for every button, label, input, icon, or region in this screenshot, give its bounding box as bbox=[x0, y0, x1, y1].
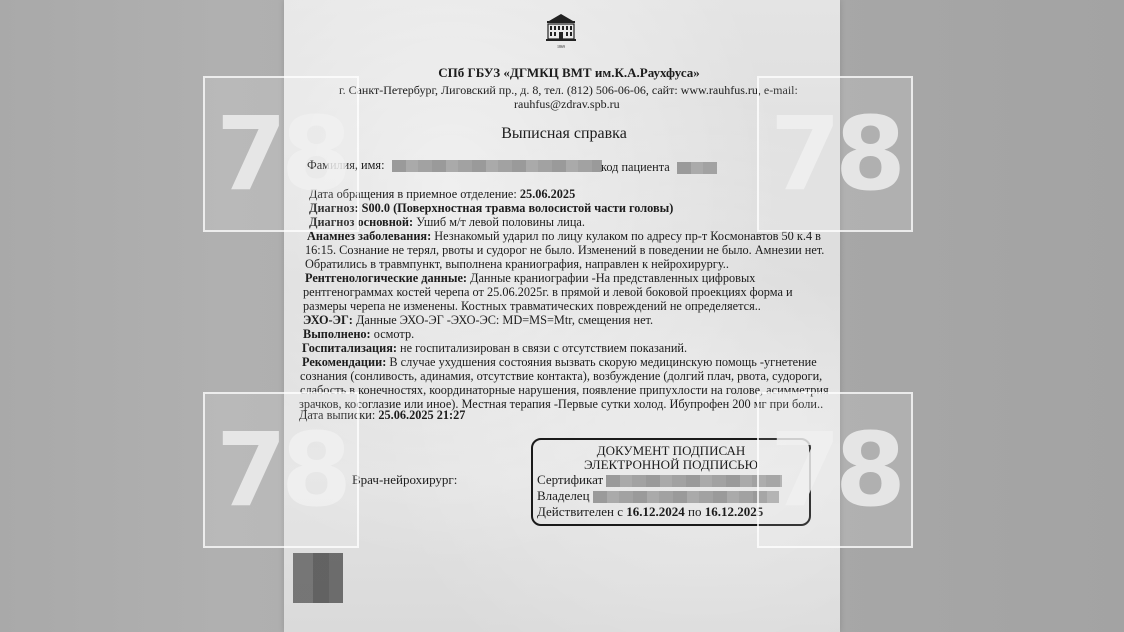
org-email: rauhfus@zdrav.spb.ru bbox=[514, 97, 620, 111]
stamp-owner-label: Владелец bbox=[537, 488, 590, 503]
redacted-code bbox=[293, 553, 343, 603]
building-logo-icon bbox=[543, 12, 579, 48]
echo-value: Данные ЭХО-ЭГ -ЭХО-ЭС: MD=MS=Mtr, смещен… bbox=[356, 313, 653, 327]
watermark-78: 78 bbox=[757, 76, 913, 232]
diagnosis-value: S00.0 (Поверхностная травма волосистой ч… bbox=[362, 201, 674, 215]
stamp-cert-label: Сертификат bbox=[537, 472, 603, 487]
echo-label: ЭХО-ЭГ: bbox=[303, 313, 353, 327]
redacted-owner bbox=[593, 491, 779, 503]
xray-line: рентгенограммах костей черепа от 25.06.2… bbox=[303, 285, 793, 299]
discharge-value: 25.06.2025 21:27 bbox=[378, 408, 465, 422]
recommendations-label: Рекомендации: bbox=[302, 355, 386, 369]
recommendations-line: сознания (сонливость, адинамия, отсутств… bbox=[300, 369, 822, 383]
watermark-78: 78 bbox=[203, 392, 359, 548]
xray-label: Рентгенологические данные: bbox=[305, 271, 467, 285]
done-value: осмотр. bbox=[374, 327, 414, 341]
redacted-patient-code bbox=[677, 162, 717, 174]
redacted-name bbox=[392, 160, 602, 172]
org-address: г. Санкт-Петербург, Лиговский пр., д. 8,… bbox=[339, 83, 798, 97]
anamnesis-line: 16:15. Сознание не терял, рвоты и судоро… bbox=[305, 243, 824, 257]
watermark-78: 78 bbox=[757, 392, 913, 548]
watermark-78: 78 bbox=[203, 76, 359, 232]
recommendations-line: В случае ухудшения состояния вызвать ско… bbox=[389, 355, 816, 369]
main-diagnosis-value: Ушиб м/т левой половины лица. bbox=[416, 215, 585, 229]
recommendations-line: слабость в конечностях, координаторные н… bbox=[300, 383, 829, 397]
logo-year: 1869 bbox=[543, 44, 579, 49]
xray-line: Данные краниографии -На представленных ц… bbox=[470, 271, 755, 285]
document-title: Выписная справка bbox=[484, 125, 644, 143]
stamp-validity: Действителен с 16.12.2024 по 16.12.2025 bbox=[537, 505, 763, 519]
hospitalization-value: не госпитализирован в связи с отсутствие… bbox=[400, 341, 687, 355]
xray-line: размеры черепа не изменены. Костных трав… bbox=[303, 299, 761, 313]
hospitalization-label: Госпитализация: bbox=[302, 341, 397, 355]
done-label: Выполнено: bbox=[303, 327, 371, 341]
patient-code-row: код пациента bbox=[601, 160, 717, 174]
patient-code-label: код пациента bbox=[601, 160, 670, 174]
visit-date: 25.06.2025 bbox=[520, 187, 575, 201]
anamnesis-line: Обратились в травмпункт, выполнена крани… bbox=[305, 257, 729, 271]
org-name: СПб ГБУЗ «ДГМКЦ ВМТ им.К.А.Раухфуса» bbox=[384, 66, 754, 80]
doctor-label: Врач-нейрохирург: bbox=[352, 473, 457, 487]
